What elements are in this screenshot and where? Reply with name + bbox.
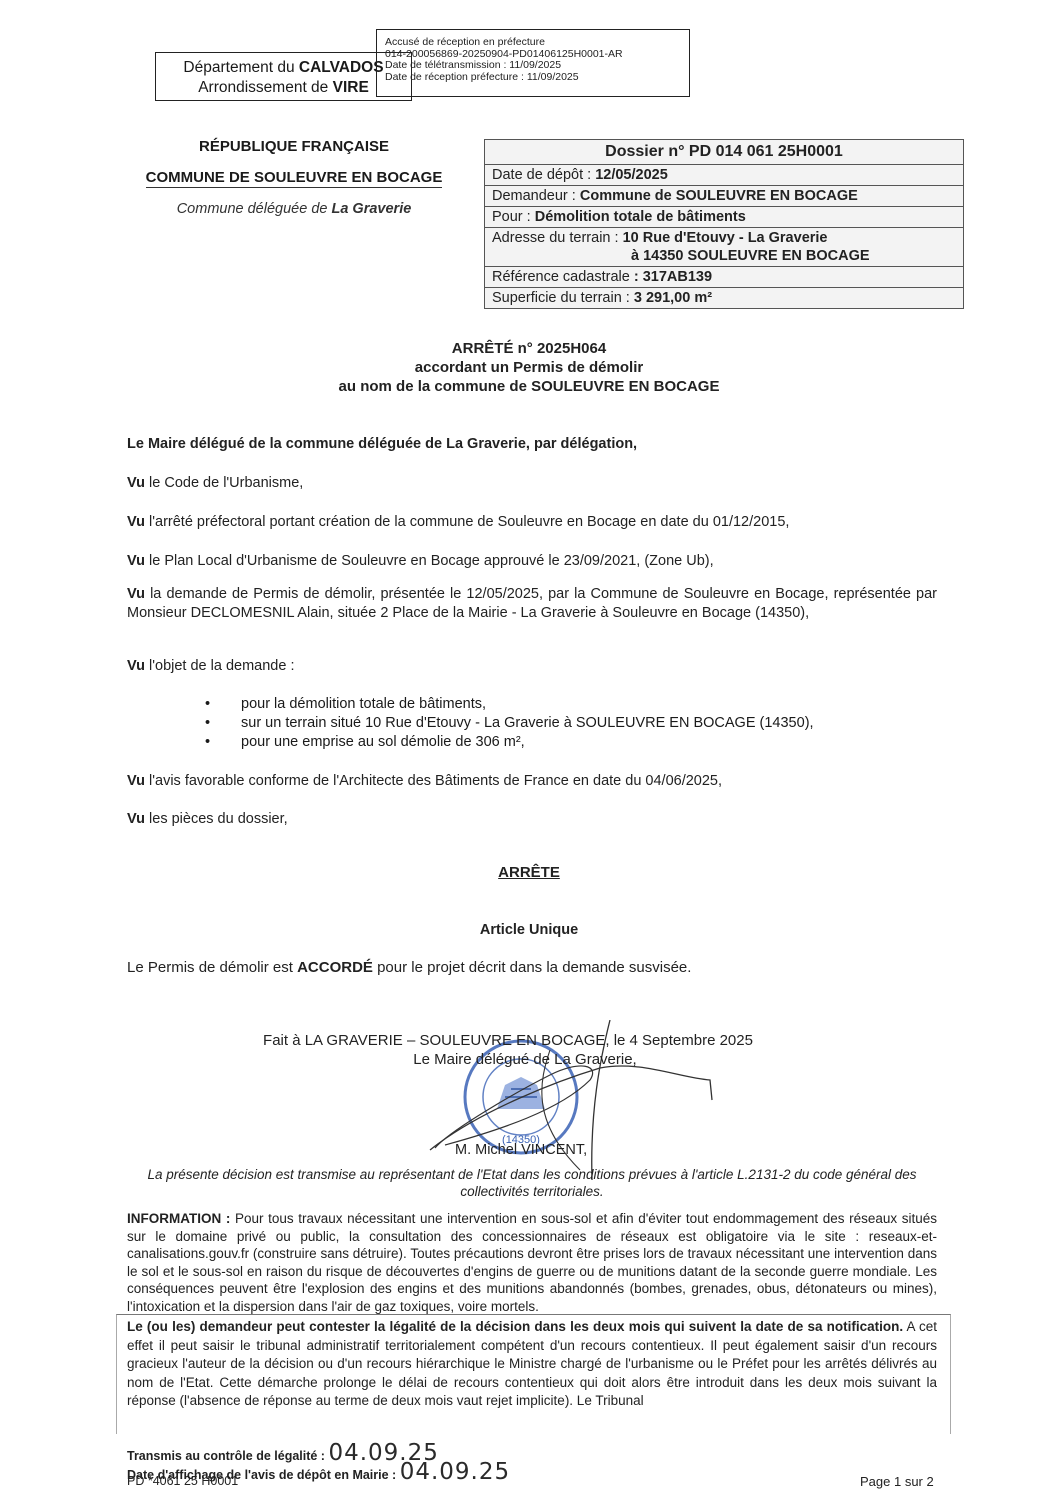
row-value: Commune de SOULEUVRE EN BOCAGE <box>580 188 858 204</box>
department-box: Département du CALVADOS Arrondissement d… <box>155 52 412 101</box>
appeal-bold: Le (ou les) demandeur peut contester la … <box>127 1319 903 1334</box>
decision-text: Le Permis de démolir est ACCORDÉ pour le… <box>127 959 937 978</box>
row-label: Demandeur : <box>492 188 580 204</box>
arrete-subtitle: accordant un Permis de démolir <box>0 358 1058 377</box>
arrondissement-name: VIRE <box>333 79 369 96</box>
signatory-name: M. Michel VINCENT, <box>455 1142 587 1158</box>
republic-title: RÉPUBLIQUE FRANÇAISE <box>120 138 468 155</box>
arrete-number: ARRÊTÉ n° 2025H064 <box>0 339 1058 358</box>
row-value: : 317AB139 <box>634 269 712 285</box>
row-value: Démolition totale de bâtiments <box>535 209 746 225</box>
vu-label: Vu <box>127 773 145 789</box>
vu-text: la demande de Permis de démolir, présent… <box>127 586 937 621</box>
row-label: Adresse du terrain : <box>492 230 623 246</box>
posting-date-handwritten: 04.09.25 <box>400 1459 510 1485</box>
list-item: pour une emprise au sol démolie de 306 m… <box>205 733 814 752</box>
arrete-heading: ARRÊTE <box>0 864 1058 881</box>
decision-prefix: Le Permis de démolir est <box>127 959 297 976</box>
information-notice: INFORMATION : Pour tous travaux nécessit… <box>127 1210 937 1315</box>
dossier-row-date: Date de dépôt : 12/05/2025 <box>485 164 963 185</box>
decision-status: ACCORDÉ <box>297 959 373 976</box>
row-label: Superficie du terrain : <box>492 290 634 306</box>
vu-label: Vu <box>127 586 145 602</box>
arrete-subtitle-2: au nom de la commune de SOULEUVRE EN BOC… <box>0 377 1058 396</box>
commune-title: COMMUNE DE SOULEUVRE EN BOCAGE <box>146 169 443 188</box>
delegated-prefix: Commune déléguée de <box>177 201 332 217</box>
list-item: pour la démolition totale de bâtiments, <box>205 695 814 714</box>
signature-role: Le Maire délégué de La Graverie, <box>380 1050 670 1069</box>
vu-label: Vu <box>127 811 145 827</box>
page-number: Page 1 sur 2 <box>860 1474 934 1489</box>
receipt-transmission-date: Date de télétransmission : 11/09/2025 <box>385 60 689 72</box>
decision-suffix: pour le projet décrit dans la demande su… <box>373 959 692 976</box>
issuer-header: RÉPUBLIQUE FRANÇAISE COMMUNE DE SOULEUVR… <box>120 138 468 217</box>
information-label: INFORMATION : <box>127 1211 230 1226</box>
list-item: sur un terrain situé 10 Rue d'Etouvy - L… <box>205 714 814 733</box>
dossier-row-address: Adresse du terrain : 10 Rue d'Etouvy - L… <box>485 227 963 266</box>
signature-place-date: Fait à LA GRAVERIE – SOULEUVRE EN BOCAGE… <box>238 1031 778 1050</box>
vu-abf: Vu l'avis favorable conforme de l'Archit… <box>127 772 937 791</box>
receipt-line: Accusé de réception en préfecture <box>385 37 689 49</box>
department-label: Département du <box>183 59 298 76</box>
arrete-title-block: ARRÊTÉ n° 2025H064 accordant un Permis d… <box>0 339 1058 396</box>
row-value: 3 291,00 m² <box>634 290 712 306</box>
delegated-name: La Graverie <box>331 201 411 217</box>
row-value-2: à 14350 SOULEUVRE EN BOCAGE <box>631 248 870 264</box>
vu-label: Vu <box>127 514 145 530</box>
demande-objects-list: pour la démolition totale de bâtiments, … <box>205 695 814 752</box>
delegated-commune: Commune déléguée de La Graverie <box>120 201 468 217</box>
transmission-note: La présente décision est transmise au re… <box>127 1166 937 1200</box>
vu-arrete-prefectoral: Vu l'arrêté préfectoral portant création… <box>127 513 937 532</box>
dossier-table: Dossier n° PD 014 061 25H0001 Date de dé… <box>484 139 964 309</box>
dossier-row-cadastral: Référence cadastrale : 317AB139 <box>485 266 963 287</box>
vu-text: l'objet de la demande : <box>145 658 294 674</box>
vu-text: l'avis favorable conforme de l'Architect… <box>145 773 722 789</box>
vu-text: le Plan Local d'Urbanisme de Souleuvre e… <box>145 553 714 569</box>
intro-statement: Le Maire délégué de la commune déléguée … <box>127 435 937 454</box>
row-value: 10 Rue d'Etouvy - La Graverie <box>623 230 828 246</box>
vu-demande: Vu la demande de Permis de démolir, prés… <box>127 585 937 622</box>
footer-reference: PD *4061 25 H0001 <box>127 1474 238 1488</box>
dossier-row-area: Superficie du terrain : 3 291,00 m² <box>485 287 963 308</box>
vu-plu: Vu le Plan Local d'Urbanisme de Souleuvr… <box>127 552 937 571</box>
row-label: Référence cadastrale <box>492 269 634 285</box>
dossier-number: Dossier n° PD 014 061 25H0001 <box>485 140 963 164</box>
vu-objet: Vu l'objet de la demande : <box>127 657 937 676</box>
dossier-row-applicant: Demandeur : Commune de SOULEUVRE EN BOCA… <box>485 185 963 206</box>
row-value: 12/05/2025 <box>595 167 668 183</box>
receipt-reception-date: Date de réception préfecture : 11/09/202… <box>385 72 689 84</box>
vu-text: le Code de l'Urbanisme, <box>145 475 303 491</box>
vu-code-urbanisme: Vu le Code de l'Urbanisme, <box>127 474 937 493</box>
row-label: Date de dépôt : <box>492 167 595 183</box>
vu-label: Vu <box>127 553 145 569</box>
row-label: Pour : <box>492 209 535 225</box>
appeal-notice: Le (ou les) demandeur peut contester la … <box>127 1318 937 1411</box>
vu-pieces: Vu les pièces du dossier, <box>127 810 937 829</box>
arrete-word: ARRÊTE <box>498 864 560 881</box>
dossier-row-purpose: Pour : Démolition totale de bâtiments <box>485 206 963 227</box>
arrondissement-label: Arrondissement de <box>198 79 332 96</box>
article-title: Article Unique <box>0 922 1058 938</box>
vu-text: l'arrêté préfectoral portant création de… <box>145 514 789 530</box>
vu-label: Vu <box>127 475 145 491</box>
vu-text: les pièces du dossier, <box>145 811 288 827</box>
information-text: Pour tous travaux nécessitant une interv… <box>127 1211 937 1314</box>
prefecture-receipt-box: Accusé de réception en préfecture 014-20… <box>376 29 690 97</box>
vu-label: Vu <box>127 658 145 674</box>
department-name: CALVADOS <box>299 59 384 76</box>
